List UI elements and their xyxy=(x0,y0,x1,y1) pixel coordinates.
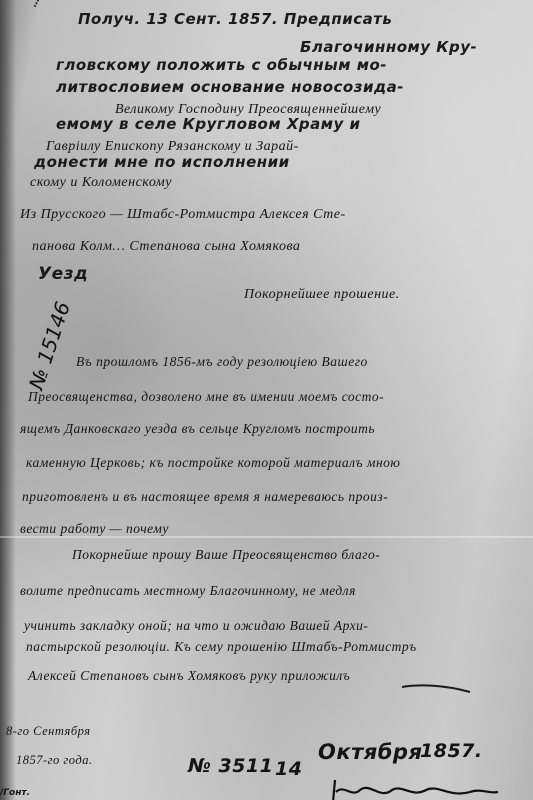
margin-registry-number: № 15146 xyxy=(24,299,75,393)
page-edge-shadow xyxy=(0,0,16,800)
paragraph-line: вести работу — почему xyxy=(20,522,169,536)
registration-month: Октября xyxy=(318,742,422,763)
date-line: 1857-го года. xyxy=(16,754,93,767)
date-line: 8-го Сентября xyxy=(6,725,91,738)
addressee-line: скому и Коломенскому xyxy=(30,176,172,190)
margin-fragment: /Гонт. xyxy=(0,788,30,798)
resolution-line: донести мне по исполнении xyxy=(34,155,290,170)
petition-title: Покорнейшее прошение. xyxy=(244,288,400,302)
resolution-line: емому в селе Кругловом Храму и xyxy=(56,117,361,132)
paper-fold-line xyxy=(0,536,533,538)
resolution-line: Благочинному Кру- xyxy=(300,40,477,55)
document-page: …мицы Получ. 13 Сент. 1857. Предписать Б… xyxy=(0,0,533,800)
resolution-line: литвословием основание новосозида- xyxy=(56,80,404,95)
paragraph-line: учинить закладку оной; на что и ожидаю В… xyxy=(24,619,368,633)
paragraph-line: приготовленъ и въ настоящее время я наме… xyxy=(22,490,388,504)
resolution-line: Получ. 13 Сент. 1857. Предписать xyxy=(78,12,392,27)
registration-day: 14 xyxy=(275,760,302,779)
paragraph-line: каменную Церковь; къ постройке которой м… xyxy=(26,456,400,470)
sender-line: панова Колм… Степанова сына Хомякова xyxy=(32,240,300,254)
paragraph-line: Въ прошломъ 1856-мъ году резолюцiею Ваше… xyxy=(76,355,368,369)
corner-stamp: …мицы xyxy=(28,0,57,9)
sender-line: Из Прусского — Штабс-Ротмистра Алексея С… xyxy=(20,208,346,222)
paragraph-line: ящемъ Данковскаго уезда въ сельце Кругло… xyxy=(20,422,375,436)
registration-year: 1857. xyxy=(420,742,483,761)
resolution-line: гловскому положить с обычным мо- xyxy=(56,58,387,73)
signature-flourish xyxy=(400,681,472,695)
registration-number: № 3511 xyxy=(188,757,273,776)
paragraph-line: Преосвященства, дозволено мне въ имении … xyxy=(28,390,384,404)
paragraph-line: пастырской резолюцiи. Къ сему прошенiю Ш… xyxy=(26,640,417,654)
paragraph-line: волите предписать местному Благочинному,… xyxy=(20,584,356,598)
official-signature xyxy=(330,778,500,800)
sender-line: Уезд xyxy=(38,266,88,283)
paragraph-line: Покорнейше прошу Ваше Преосвященство бла… xyxy=(72,548,380,562)
paragraph-line: Алексей Степановъ сынъ Хомяковъ руку при… xyxy=(28,669,350,683)
addressee-line: Гаврiилу Епископу Рязанскому и Зарай- xyxy=(46,140,299,154)
